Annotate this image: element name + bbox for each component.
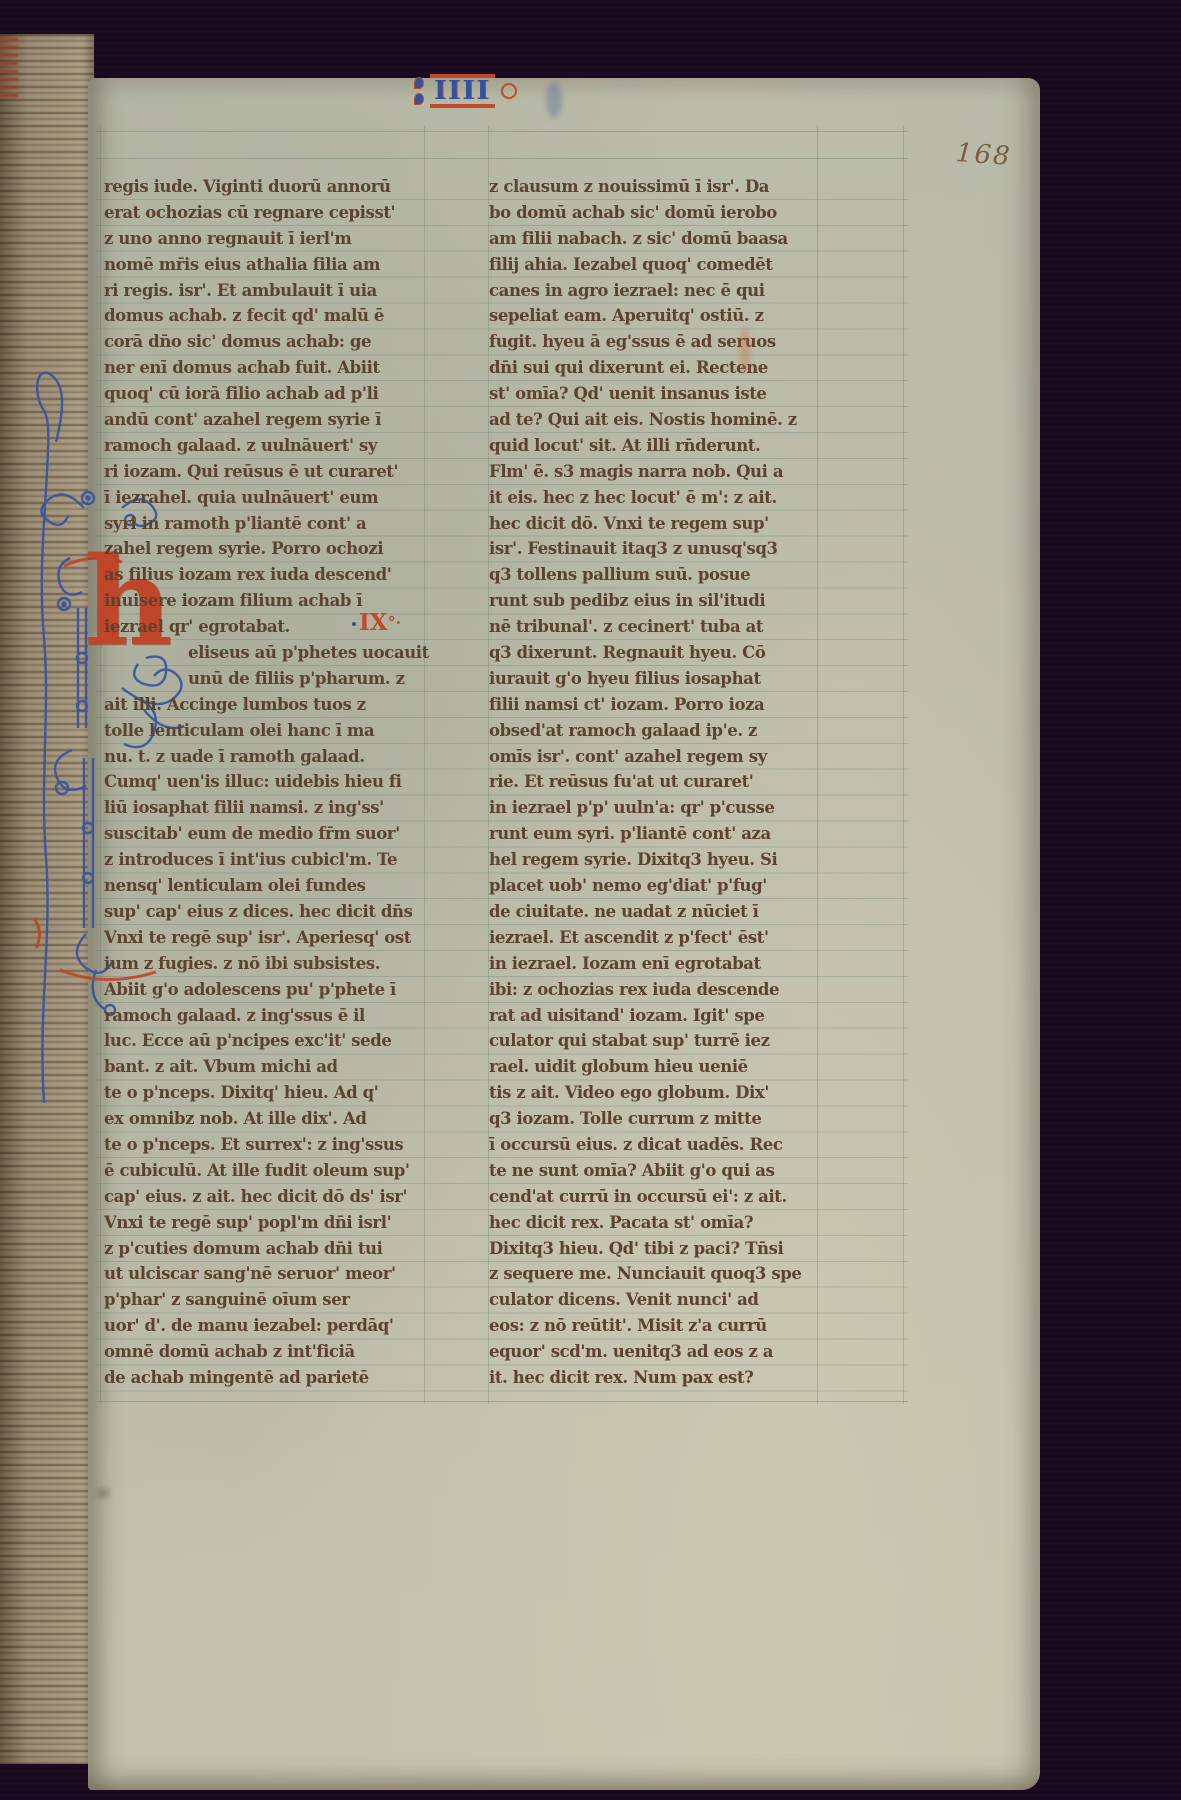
text-line: ramoch galaad. z uulnāuert' sy	[104, 433, 426, 459]
text-line: cend'at currū in occursū ei': z ait.	[489, 1184, 819, 1210]
text-line: ī occursū eius. z dicat uadēs. Rec	[489, 1132, 819, 1158]
text-line: Vnxi te regē sup' popl'm dn̄i isrl'	[104, 1210, 426, 1236]
manuscript-photo: IIII 168 IX	[0, 0, 1181, 1800]
text-line: obsed'at ramoch galaad ip'e. z	[489, 718, 819, 744]
text-line: in iezrael. Iozam enī egrotabat	[489, 951, 819, 977]
text-line: ium z fugies. z nō ibi subsistes.	[104, 951, 426, 977]
text-line: ait illi. Accinge lumbos tuos z	[104, 692, 426, 718]
text-line: z p'cuties domum achab dn̄i tui	[104, 1236, 426, 1262]
ink-offset-smudge	[546, 82, 562, 118]
text-line: ibi: z ochozias rex iuda descende	[489, 977, 819, 1003]
running-header: IIII	[414, 74, 517, 108]
text-column-left: regis iude. Viginti duorū annorūerat och…	[104, 174, 426, 1391]
text-line: z sequere me. Nunciauit quoq3 spe	[489, 1261, 819, 1287]
text-line: corā dn̄o sic' domus achab: ge	[104, 329, 426, 355]
red-edge-marks	[0, 38, 18, 98]
text-line: eliseus aū p'phetes uocauit	[104, 640, 426, 666]
text-line: de achab mingentē ad parietē	[104, 1365, 426, 1391]
text-line: Abiit g'o adolescens pu' p'phete ī	[104, 977, 426, 1003]
header-paraph-dots-icon	[414, 77, 424, 105]
text-line: q3 tollens pallium suū. posue	[489, 562, 819, 588]
text-line: rie. Et reūsus fu'at ut curaret'	[489, 769, 819, 795]
margin-hairline	[37, 373, 56, 1103]
text-line: te o p'nceps. Et surrex': z ing'ssus	[104, 1132, 426, 1158]
text-line: canes in agro iezrael: nec ē qui	[489, 278, 819, 304]
header-ring-flourish-icon	[501, 83, 517, 99]
text-line: ad te? Qui ait eis. Nostis hominē. z	[489, 407, 819, 433]
text-line: nomē mr̄is eius athalia filia am	[104, 252, 426, 278]
text-line: Dixitq3 hieu. Qd' tibi z paci? Tn̄si	[489, 1236, 819, 1262]
text-line: bant. z ait. Vbum michi ad	[104, 1054, 426, 1080]
folio-number: 168	[955, 138, 1013, 172]
text-line: ex omnibz nob. At ille dix'. Ad	[104, 1106, 426, 1132]
text-line: z introduces ī int'ius cubicl'm. Te	[104, 847, 426, 873]
ruling-line-top-1	[95, 131, 908, 132]
text-line: iezrael. Et ascendit z p'fect' ēst'	[489, 925, 819, 951]
text-line: ner enī domus achab fuit. Abiit	[104, 355, 426, 381]
text-line: hec dicit rex. Pacata st' omīa?	[489, 1210, 819, 1236]
text-line: nē tribunal'. z cecinert' tuba at	[489, 614, 819, 640]
text-line: filij ahia. Iezabel quoq' comedēt	[489, 252, 819, 278]
text-line: omīs isr'. cont' azahel regem sy	[489, 744, 819, 770]
text-line: culator qui stabat sup' turrē iez	[489, 1028, 819, 1054]
text-line: hel regem syrie. Dixitq3 hyeu. Si	[489, 847, 819, 873]
text-line: unū de filiis p'pharum. z	[104, 666, 426, 692]
red-margin-tick	[34, 918, 40, 948]
text-line: cap' eius. z ait. hec dicit dō ds' isr'	[104, 1184, 426, 1210]
text-line: liū iosaphat filii namsi. z ing'ss'	[104, 795, 426, 821]
text-line: z uno anno regnauit ī ierl'm	[104, 226, 426, 252]
text-line: iurauit g'o hyeu filius iosaphat	[489, 666, 819, 692]
ruling-line-top-2	[95, 158, 908, 159]
text-column-right: z clausum z nouissimū ī isr'. Dabo domū …	[489, 174, 819, 1391]
text-line: q3 dixerunt. Regnauit hyeu. Cō	[489, 640, 819, 666]
text-line: st' omīa? Qd' uenit insanus iste	[489, 381, 819, 407]
text-line: nensq' lenticulam olei fundes	[104, 873, 426, 899]
text-line: inuisere iozam filium achab ī	[104, 588, 426, 614]
text-line: erat ochozias cū regnare cepisst'	[104, 200, 426, 226]
text-line: Flm' ē. s3 magis narra nob. Qui a	[489, 459, 819, 485]
margin-ochre-smudge	[740, 328, 750, 372]
text-line: in iezrael p'p' uuln'a: qr' p'cusse	[489, 795, 819, 821]
text-line: ri regis. isr'. Et ambulauit ī uia	[104, 278, 426, 304]
text-line: ī iezrahel. quia uulnāuert' eum	[104, 485, 426, 511]
text-line: it eis. hec z hec locut' ē m': z ait.	[489, 485, 819, 511]
text-line: ramoch galaad. z ing'ssus ē il	[104, 1003, 426, 1029]
text-line: isr'. Festinauit itaq3 z unusq'sq3	[489, 536, 819, 562]
text-line: filii namsi ct' iozam. Porro ioza	[489, 692, 819, 718]
text-line: zahel regem syrie. Porro ochozi	[104, 536, 426, 562]
text-line: p'phar' z sanguinē oīum ser	[104, 1287, 426, 1313]
text-line: bo domū achab sic' domū ierobo	[489, 200, 819, 226]
text-line: as filius iozam rex iuda descend'	[104, 562, 426, 588]
text-line: quoq' cū iorā filio achab ad p'li	[104, 381, 426, 407]
text-line: dn̄i sui qui dixerunt ei. Rectene	[489, 355, 819, 381]
text-line: Cumq' uen'is illuc: uidebis hieu fi	[104, 769, 426, 795]
text-line: suscitab' eum de medio fr̄m suor'	[104, 821, 426, 847]
text-line: tis z ait. Video ego globum. Dix'	[489, 1080, 819, 1106]
text-line: iezrael qr' egrotabat.	[104, 614, 426, 640]
ruling-vertical-5	[903, 126, 904, 1404]
text-line: q3 iozam. Tolle currum z mitte	[489, 1106, 819, 1132]
text-line: runt sub pedibz eius in sil'itudi	[489, 588, 819, 614]
text-line: tolle lenticulam olei hanc ī ma	[104, 718, 426, 744]
text-line: rat ad uisitand' iozam. Igit' spe	[489, 1003, 819, 1029]
lower-margin-mark	[96, 1488, 110, 1498]
text-line: uor' d'. de manu iezabel: perdāq'	[104, 1313, 426, 1339]
text-line: regis iude. Viginti duorū annorū	[104, 174, 426, 200]
text-line: z clausum z nouissimū ī isr'. Da	[489, 174, 819, 200]
text-line: fugit. hyeu ā eg'ssus ē ad seruos	[489, 329, 819, 355]
text-line: domus achab. z fecit qd' malū ē	[104, 303, 426, 329]
text-line: Vnxi te regē sup' isr'. Aperiesq' ost	[104, 925, 426, 951]
text-line: de ciuitate. ne uadat z nūciet ī	[489, 899, 819, 925]
text-line: quid locut' sit. At illi rn̄derunt.	[489, 433, 819, 459]
text-line: eos: z nō reūtit'. Misit z'a currū	[489, 1313, 819, 1339]
text-line: luc. Ecce aū p'ncipes exc'it' sede	[104, 1028, 426, 1054]
text-line: rael. uidit globum hieu ueniē	[489, 1054, 819, 1080]
text-line: te o p'nceps. Dixitq' hieu. Ad q'	[104, 1080, 426, 1106]
text-line: ri iozam. Qui reūsus ē ut curaret'	[104, 459, 426, 485]
text-line: culator dicens. Venit nunci' ad	[489, 1287, 819, 1313]
text-line: sup' cap' eius z dices. hec dicit dn̄s	[104, 899, 426, 925]
text-line: am filii nabach. z sic' domū baasa	[489, 226, 819, 252]
text-line: ut ulciscar sang'nē seruor' meor'	[104, 1261, 426, 1287]
text-line: it. hec dicit rex. Num pax est?	[489, 1365, 819, 1391]
text-line: equor' scd'm. uenitq3 ad eos z a	[489, 1339, 819, 1365]
header-book-numeral: IIII	[430, 74, 495, 108]
text-line: nu. t. z uade ī ramoth galaad.	[104, 744, 426, 770]
text-line: te ne sunt omīa? Abiit g'o qui as	[489, 1158, 819, 1184]
text-line: runt eum syri. p'liantē cont' aza	[489, 821, 819, 847]
text-line: placet uob' nemo eg'diat' p'fug'	[489, 873, 819, 899]
text-line: andū cont' azahel regem syrie ī	[104, 407, 426, 433]
text-line: syri in ramoth p'liantē cont' a	[104, 511, 426, 537]
ruling-line-bottom	[95, 1401, 908, 1402]
text-line: hec dicit dō. Vnxi te regem sup'	[489, 511, 819, 537]
text-line: sepeliat eam. Aperuitq' ostiū. z	[489, 303, 819, 329]
text-line: omnē domū achab z int'ficiā	[104, 1339, 426, 1365]
text-line: ē cubiculū. At ille fudit oleum sup'	[104, 1158, 426, 1184]
